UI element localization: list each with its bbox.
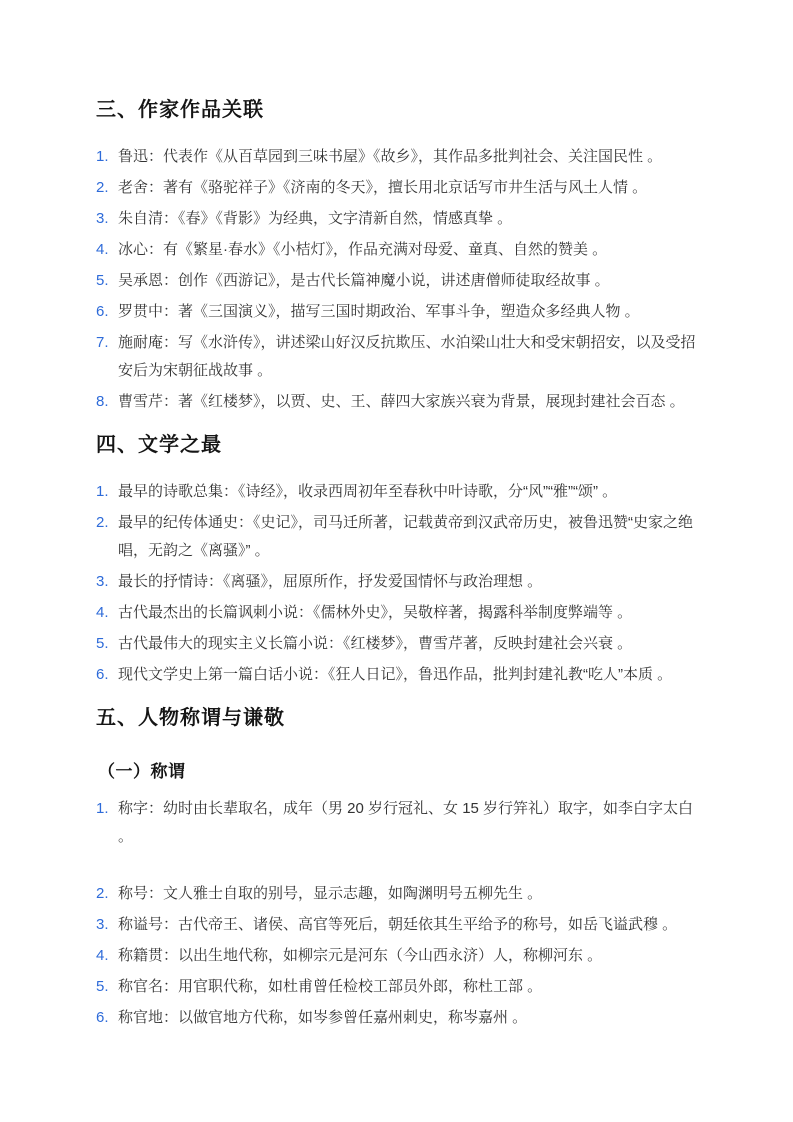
- list-item: 4. 古代最杰出的长篇讽刺小说：《儒林外史》，吴敬梓著，揭露科举制度弊端等 。: [96, 599, 705, 627]
- list-item-text: 鲁迅：代表作《从百草园到三味书屋》《故乡》，其作品多批判社会、关注国民性 。: [118, 143, 705, 171]
- list-item-number: 4.: [96, 599, 118, 627]
- list-item: 5. 吴承恩：创作《西游记》，是古代长篇神魔小说，讲述唐僧师徒取经故事 。: [96, 267, 705, 295]
- list-item-text: 古代最杰出的长篇讽刺小说：《儒林外史》，吴敬梓著，揭露科举制度弊端等 。: [118, 599, 705, 627]
- section-titles-honorifics: 五、人物称谓与谦敬 （一）称谓 1. 称字：幼时由长辈取名，成年（男 20 岁行…: [96, 705, 705, 1032]
- list-item: 7. 施耐庵：写《水浒传》，讲述梁山好汉反抗欺压、水泊梁山壮大和受宋朝招安，以及…: [96, 329, 705, 385]
- list-item-text: 最长的抒情诗：《离骚》，屈原所作，抒发爱国情怀与政治理想 。: [118, 568, 705, 596]
- list-item-number: 3.: [96, 568, 118, 596]
- list-item: 1. 称字：幼时由长辈取名，成年（男 20 岁行冠礼、女 15 岁行笄礼）取字，…: [96, 795, 705, 851]
- list-item-number: 6.: [96, 1004, 118, 1032]
- list-item-text: 称官地：以做官地方代称，如岑参曾任嘉州刺史，称岑嘉州 。: [118, 1004, 705, 1032]
- list-item: 4. 冰心：有《繁星·春水》《小桔灯》，作品充满对母爱、童真、自然的赞美 。: [96, 236, 705, 264]
- list-item-number: 4.: [96, 942, 118, 970]
- list-item-number: 6.: [96, 298, 118, 326]
- list-item-text: 最早的诗歌总集：《诗经》，收录西周初年至春秋中叶诗歌，分“风”“雅”“颂” 。: [118, 478, 705, 506]
- list-item: 6. 称官地：以做官地方代称，如岑参曾任嘉州刺史，称岑嘉州 。: [96, 1004, 705, 1032]
- list-item-text: 朱自清：《春》《背影》为经典，文字清新自然，情感真挚 。: [118, 205, 705, 233]
- list-item: 1. 最早的诗歌总集：《诗经》，收录西周初年至春秋中叶诗歌，分“风”“雅”“颂”…: [96, 478, 705, 506]
- list-item: 3. 最长的抒情诗：《离骚》，屈原所作，抒发爱国情怀与政治理想 。: [96, 568, 705, 596]
- document-page: 三、作家作品关联 1. 鲁迅：代表作《从百草园到三味书屋》《故乡》，其作品多批判…: [0, 0, 793, 1122]
- list: 1. 称字：幼时由长辈取名，成年（男 20 岁行冠礼、女 15 岁行笄礼）取字，…: [96, 795, 705, 1032]
- list-item-text: 称字：幼时由长辈取名，成年（男 20 岁行冠礼、女 15 岁行笄礼）取字，如李白…: [118, 795, 705, 851]
- list-item-number: 2.: [96, 509, 118, 537]
- list-item-text: 称籍贯：以出生地代称，如柳宗元是河东（今山西永济）人，称柳河东 。: [118, 942, 705, 970]
- list-item: 8. 曹雪芹：著《红楼梦》，以贾、史、王、薛四大家族兴衰为背景，展现封建社会百态…: [96, 388, 705, 416]
- list-item-number: 7.: [96, 329, 118, 357]
- section-literary-firsts: 四、文学之最 1. 最早的诗歌总集：《诗经》，收录西周初年至春秋中叶诗歌，分“风…: [96, 432, 705, 689]
- list-item: 2. 最早的纪传体通史：《史记》，司马迁所著，记载黄帝到汉武帝历史，被鲁迅赞“史…: [96, 509, 705, 565]
- list-item-text: 施耐庵：写《水浒传》，讲述梁山好汉反抗欺压、水泊梁山壮大和受宋朝招安，以及受招安…: [118, 329, 705, 385]
- list-item-number: 6.: [96, 661, 118, 689]
- list-item: 4. 称籍贯：以出生地代称，如柳宗元是河东（今山西永济）人，称柳河东 。: [96, 942, 705, 970]
- list-item-text: 现代文学史上第一篇白话小说：《狂人日记》，鲁迅作品，批判封建礼教“吃人”本质 。: [118, 661, 705, 689]
- list-item-number: 2.: [96, 174, 118, 202]
- list-item-text: 老舍：著有《骆驼祥子》《济南的冬天》，擅长用北京话写市井生活与风土人情 。: [118, 174, 705, 202]
- list-item-number: 5.: [96, 267, 118, 295]
- list-item: 6. 现代文学史上第一篇白话小说：《狂人日记》，鲁迅作品，批判封建礼教“吃人”本…: [96, 661, 705, 689]
- list-item-number: 1.: [96, 143, 118, 171]
- list-item-number: 3.: [96, 205, 118, 233]
- list-item-text: 曹雪芹：著《红楼梦》，以贾、史、王、薛四大家族兴衰为背景，展现封建社会百态 。: [118, 388, 705, 416]
- section-authors-works: 三、作家作品关联 1. 鲁迅：代表作《从百草园到三味书屋》《故乡》，其作品多批判…: [96, 97, 705, 416]
- list-item: 2. 称号：文人雅士自取的别号，显示志趣，如陶渊明号五柳先生 。: [96, 880, 705, 908]
- list-item: 6. 罗贯中：著《三国演义》，描写三国时期政治、军事斗争，塑造众多经典人物 。: [96, 298, 705, 326]
- list-item-text: 古代最伟大的现实主义长篇小说：《红楼梦》，曹雪芹著，反映封建社会兴衰 。: [118, 630, 705, 658]
- section-title: 五、人物称谓与谦敬: [96, 705, 705, 731]
- list-item-text: 称谥号：古代帝王、诸侯、高官等死后，朝廷依其生平给予的称号，如岳飞谥武穆 。: [118, 911, 705, 939]
- list: 1. 鲁迅：代表作《从百草园到三味书屋》《故乡》，其作品多批判社会、关注国民性 …: [96, 143, 705, 416]
- list-item-number: 8.: [96, 388, 118, 416]
- list-item-number: 5.: [96, 973, 118, 1001]
- list-item: 5. 古代最伟大的现实主义长篇小说：《红楼梦》，曹雪芹著，反映封建社会兴衰 。: [96, 630, 705, 658]
- list-item: 5. 称官名：用官职代称，如杜甫曾任检校工部员外郎，称杜工部 。: [96, 973, 705, 1001]
- section-title: 四、文学之最: [96, 432, 705, 458]
- subsection-title: （一）称谓: [98, 761, 705, 783]
- list-item-text: 最早的纪传体通史：《史记》，司马迁所著，记载黄帝到汉武帝历史，被鲁迅赞“史家之绝…: [118, 509, 705, 565]
- list-item: 2. 老舍：著有《骆驼祥子》《济南的冬天》，擅长用北京话写市井生活与风土人情 。: [96, 174, 705, 202]
- list-item-text: 称官名：用官职代称，如杜甫曾任检校工部员外郎，称杜工部 。: [118, 973, 705, 1001]
- list-item: 1. 鲁迅：代表作《从百草园到三味书屋》《故乡》，其作品多批判社会、关注国民性 …: [96, 143, 705, 171]
- list-item-number: 5.: [96, 630, 118, 658]
- section-title: 三、作家作品关联: [96, 97, 705, 123]
- list-item-text: 吴承恩：创作《西游记》，是古代长篇神魔小说，讲述唐僧师徒取经故事 。: [118, 267, 705, 295]
- list-item-text: 冰心：有《繁星·春水》《小桔灯》，作品充满对母爱、童真、自然的赞美 。: [118, 236, 705, 264]
- list: 1. 最早的诗歌总集：《诗经》，收录西周初年至春秋中叶诗歌，分“风”“雅”“颂”…: [96, 478, 705, 689]
- list-item-number: 3.: [96, 911, 118, 939]
- list-item-number: 1.: [96, 478, 118, 506]
- list-item-number: 2.: [96, 880, 118, 908]
- list-item: 3. 称谥号：古代帝王、诸侯、高官等死后，朝廷依其生平给予的称号，如岳飞谥武穆 …: [96, 911, 705, 939]
- list-item-text: 罗贯中：著《三国演义》，描写三国时期政治、军事斗争，塑造众多经典人物 。: [118, 298, 705, 326]
- list-item-text: 称号：文人雅士自取的别号，显示志趣，如陶渊明号五柳先生 。: [118, 880, 705, 908]
- list-item-number: 4.: [96, 236, 118, 264]
- list-item-number: 1.: [96, 795, 118, 823]
- list-item: 3. 朱自清：《春》《背影》为经典，文字清新自然，情感真挚 。: [96, 205, 705, 233]
